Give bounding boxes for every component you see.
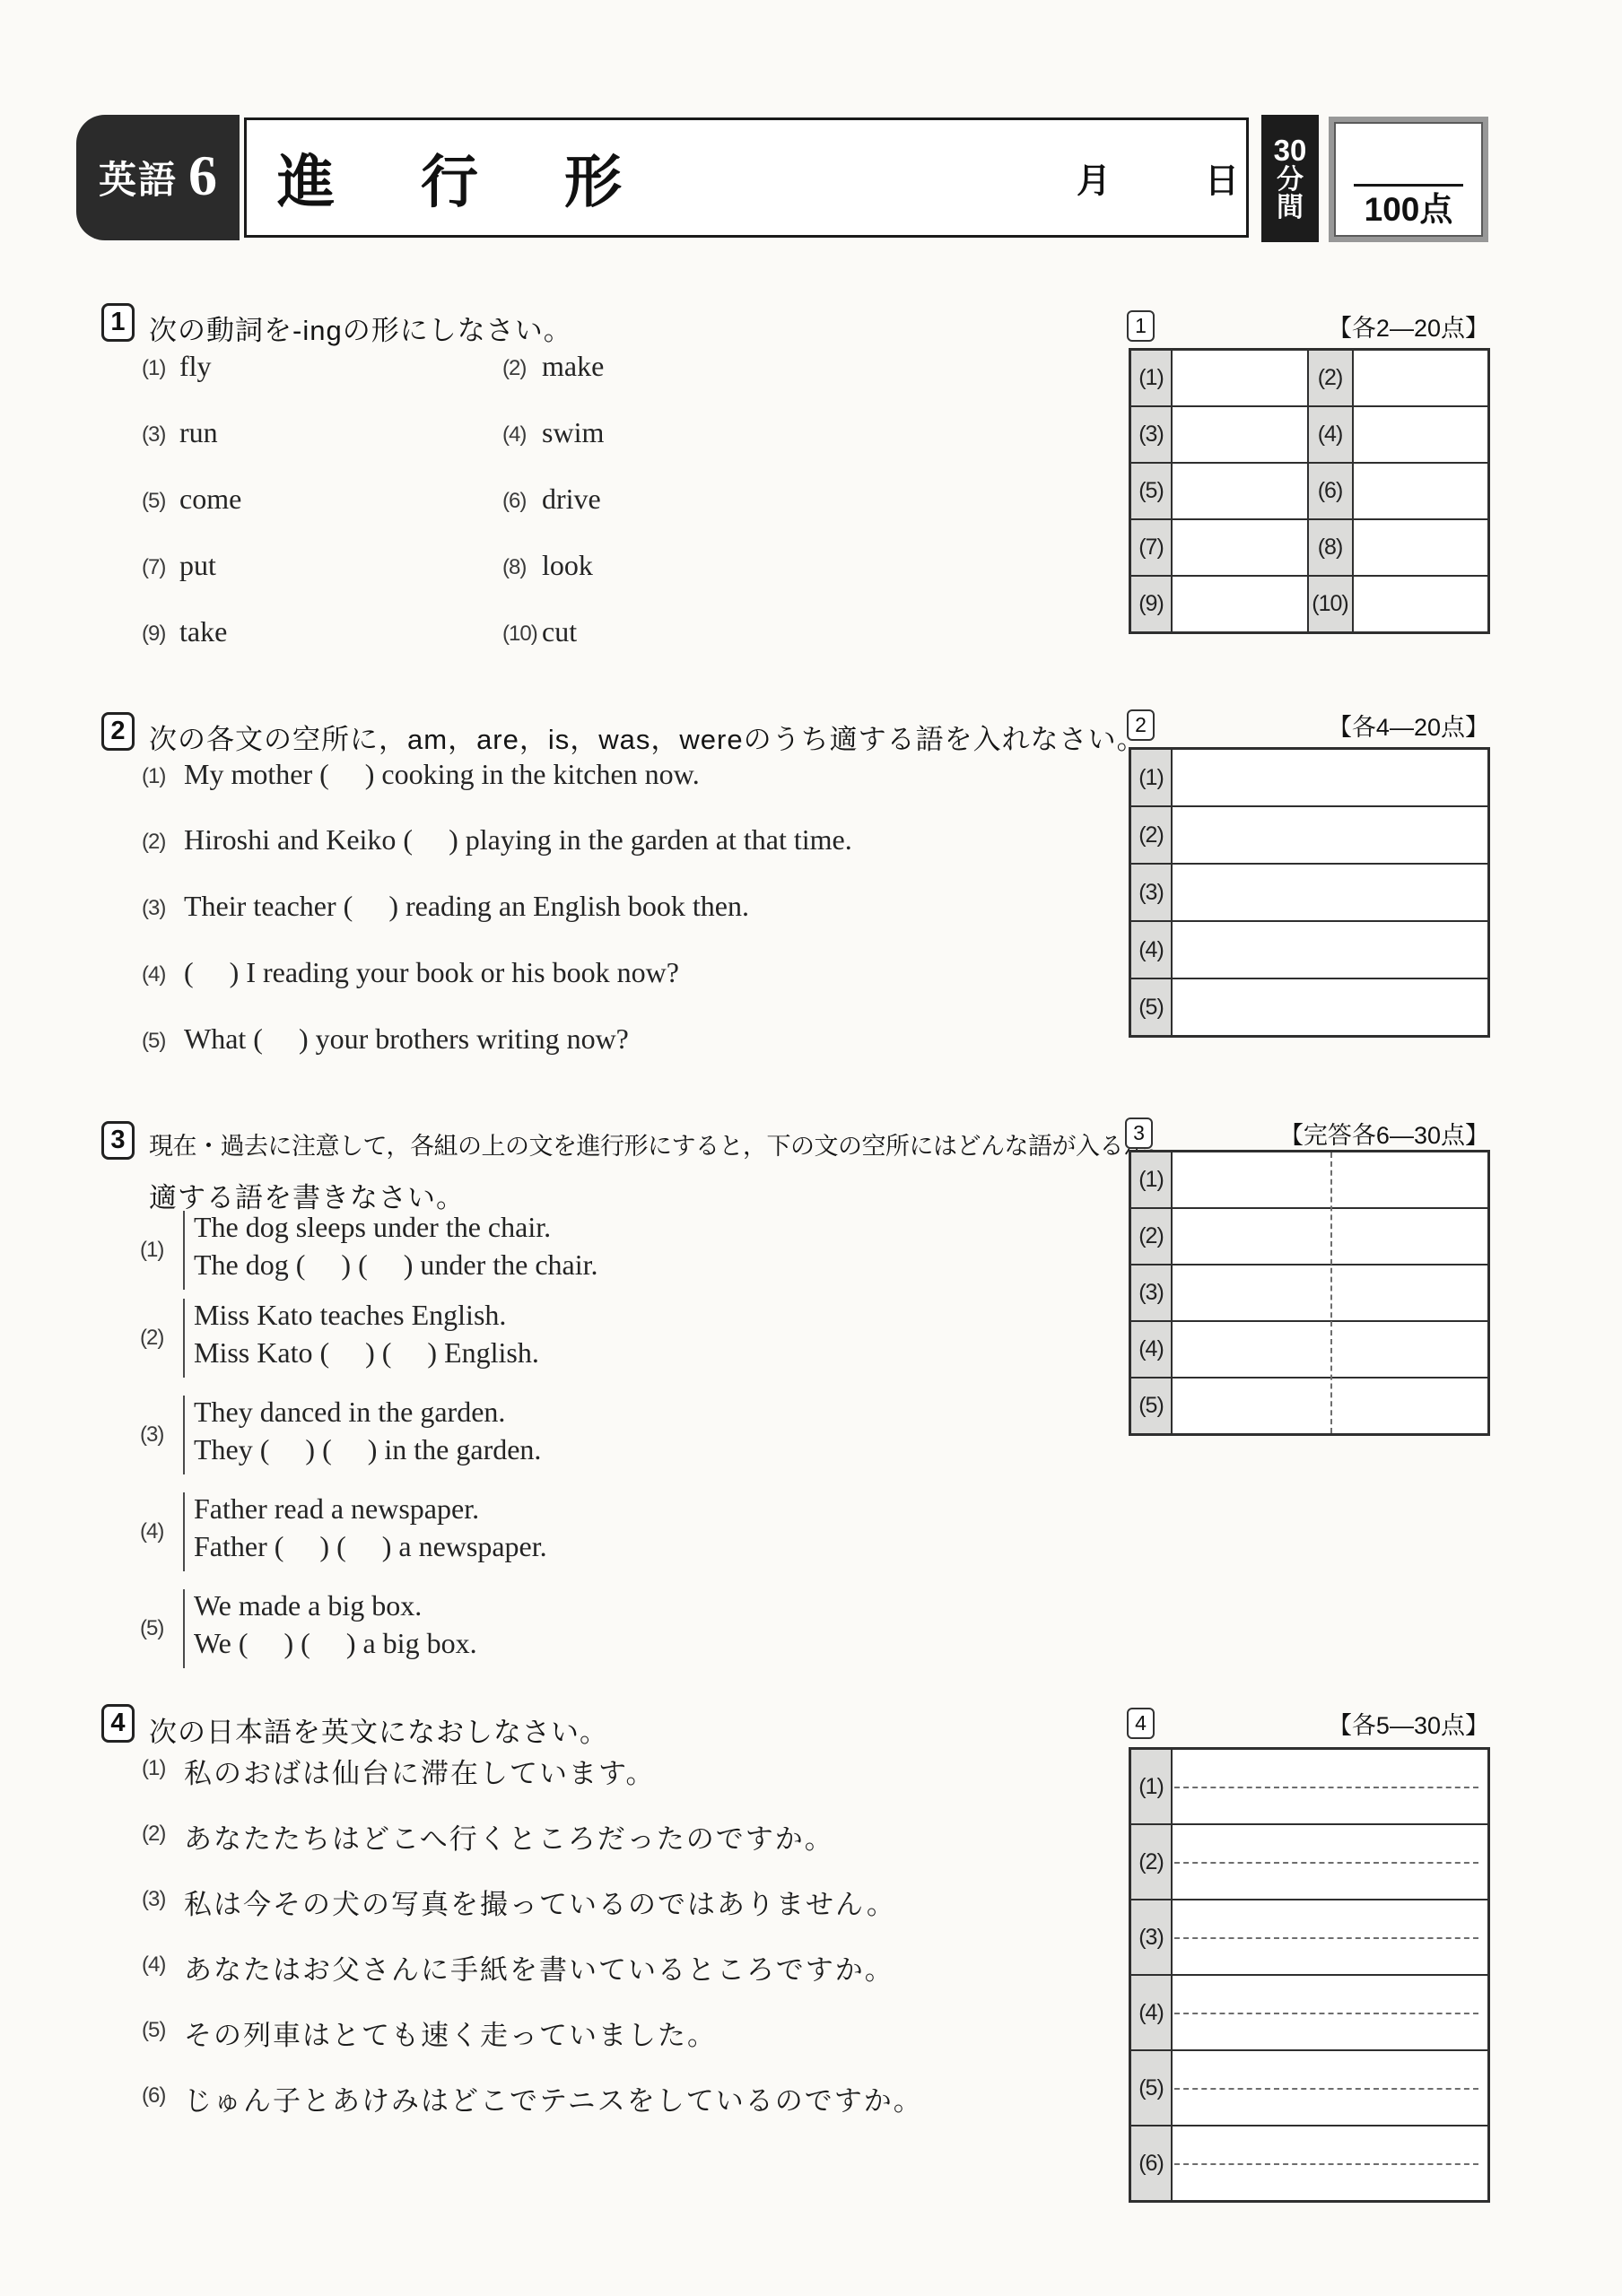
grid-4-marker: 4 — [1127, 1708, 1155, 1739]
answer-label-cell: (8) — [1307, 520, 1354, 575]
answer-cell[interactable] — [1173, 922, 1487, 978]
month-label: 月 — [1077, 153, 1111, 203]
item-text: あなたたちはどこへ行くところだったのですか。 — [184, 1816, 834, 1857]
grid-1-row: (1) (2) — [1131, 351, 1487, 405]
day-label: 日 — [1205, 153, 1239, 203]
item-text: take — [179, 615, 227, 648]
item-text: 私のおばは仙台に滞在しています。 — [184, 1751, 656, 1791]
item-label: (5) — [142, 489, 165, 514]
answer-label-cell: (2) — [1131, 1209, 1173, 1264]
item-text: あなたはお父さんに手紙を書いているところですか。 — [184, 1947, 894, 1987]
answer-cell[interactable] — [1173, 807, 1487, 863]
section-1-number-box: 1 — [101, 303, 135, 342]
answer-label-cell: (1) — [1131, 351, 1173, 405]
answer-cell[interactable] — [1173, 979, 1487, 1035]
time-limit-char-2: 間 — [1277, 194, 1304, 222]
grid-4-marker-number: 4 — [1135, 1711, 1147, 1735]
grid-1-marker-number: 1 — [1135, 314, 1147, 338]
item-label: (10) — [502, 622, 537, 647]
answer-label-cell: (2) — [1307, 351, 1354, 405]
item-label: (4) — [142, 962, 165, 987]
section-2-score-note: 【各4―20点】 — [1328, 708, 1489, 743]
answer-label-cell: (5) — [1131, 1378, 1173, 1433]
answer-label-cell: (3) — [1131, 407, 1173, 462]
item-text: 私は今その犬の写真を撮っているのではありません。 — [184, 1882, 896, 1922]
grid-2-row: (5) — [1131, 978, 1487, 1035]
answer-grid-4: (1) (2) (3) (4) (5) (6) — [1129, 1747, 1490, 2203]
answer-writing-guide — [1174, 2163, 1478, 2165]
answer-cell[interactable] — [1173, 1378, 1487, 1433]
item-label: (3) — [142, 1887, 165, 1912]
time-limit-box: 30 分 間 — [1261, 115, 1319, 242]
grid-4-row: (6) — [1131, 2125, 1487, 2200]
section-4-instruction: 次の日本語を英文になおしなさい。 — [149, 1709, 608, 1750]
grid-4-row: (4) — [1131, 1974, 1487, 2049]
subject-label: 英語 — [99, 151, 178, 204]
item-text: come — [179, 483, 241, 516]
grid-3-row: (1) — [1131, 1152, 1487, 1207]
answer-cell[interactable] — [1354, 407, 1488, 462]
answer-cell[interactable] — [1173, 407, 1307, 462]
section-1-instruction: 次の動詞を-ingの形にしなさい。 — [149, 308, 572, 348]
item-text: Their teacher ( ) reading an English boo… — [184, 890, 749, 923]
answer-writing-guide — [1174, 1862, 1478, 1864]
worksheet-page: 英語 6 進 行 形 月 日 30 分 間 100点 1 次の動詞を-ingの形… — [0, 0, 1622, 2296]
item-label: (2) — [142, 1822, 165, 1847]
pair-sentence-top: Father read a newspaper. — [194, 1492, 479, 1526]
answer-label-cell: (1) — [1131, 1750, 1173, 1823]
pair-bracket — [183, 1492, 185, 1571]
item-label: (8) — [502, 555, 526, 580]
title-box: 進 行 形 月 日 — [244, 117, 1249, 238]
answer-grid-1: (1) (2) (3) (4) (5) (6) (7) (8) (9) (10) — [1129, 348, 1490, 634]
item-label: (4) — [142, 1952, 165, 1978]
answer-label-cell: (4) — [1131, 922, 1173, 978]
header-subject-tab: 英語 6 — [76, 115, 240, 240]
item-label: (4) — [502, 422, 526, 448]
grid-4-row: (2) — [1131, 1823, 1487, 1899]
answer-cell[interactable] — [1354, 520, 1488, 575]
answer-cell[interactable] — [1173, 1825, 1487, 1899]
grid-4-row: (3) — [1131, 1899, 1487, 1974]
answer-label-cell: (1) — [1131, 750, 1173, 805]
answer-cell[interactable] — [1173, 2126, 1487, 2200]
section-1-number: 1 — [110, 308, 125, 337]
grid-1-row: (9) (10) — [1131, 575, 1487, 631]
answer-label-cell: (1) — [1131, 1152, 1173, 1207]
answer-label-cell: (5) — [1131, 464, 1173, 518]
answer-cell[interactable] — [1354, 577, 1488, 631]
unit-number: 6 — [188, 143, 217, 213]
section-3-score-note: 【完答各6―30点】 — [1279, 1116, 1489, 1151]
answer-label-cell: (6) — [1131, 2126, 1173, 2200]
grid-2-row: (2) — [1131, 805, 1487, 863]
answer-label-cell: (4) — [1131, 1322, 1173, 1377]
item-text: cut — [542, 615, 577, 648]
item-text: My mother ( ) cooking in the kitchen now… — [184, 758, 700, 791]
item-label: (1) — [142, 764, 165, 789]
item-label: (6) — [502, 489, 526, 514]
item-label: (9) — [142, 622, 165, 647]
section-2-number-box: 2 — [101, 712, 135, 751]
answer-cell[interactable] — [1173, 577, 1307, 631]
grid-3-marker: 3 — [1125, 1118, 1153, 1149]
answer-label-cell: (3) — [1131, 1900, 1173, 1974]
section-1-score-note: 【各2―20点】 — [1328, 309, 1489, 344]
item-label: (1) — [140, 1238, 163, 1263]
answer-label-cell: (10) — [1307, 577, 1354, 631]
grid-2-row: (1) — [1131, 750, 1487, 805]
grid-2-marker: 2 — [1127, 709, 1155, 741]
answer-cell[interactable] — [1173, 1209, 1487, 1264]
item-text: look — [542, 549, 593, 582]
pair-bracket — [183, 1396, 185, 1474]
grid-2-marker-number: 2 — [1135, 713, 1147, 737]
answer-label-cell: (4) — [1131, 1976, 1173, 2049]
time-limit-minutes: 30 — [1274, 135, 1307, 166]
item-text: run — [179, 416, 218, 449]
answer-cell[interactable] — [1173, 1322, 1487, 1377]
section-3-instruction-line1: 現在・過去に注意して，各組の上の文を進行形にすると，下の文の空所にはどんな語が入… — [149, 1126, 1171, 1161]
pair-sentence-bottom: Father ( ) ( ) a newspaper. — [194, 1530, 547, 1563]
grid-2-row: (4) — [1131, 920, 1487, 978]
section-4-number: 4 — [110, 1709, 125, 1738]
grid-1-row: (3) (4) — [1131, 405, 1487, 462]
item-label: (2) — [140, 1326, 163, 1351]
grid-2-row: (3) — [1131, 863, 1487, 920]
item-label: (2) — [142, 830, 165, 855]
worksheet-title: 進 行 形 — [277, 136, 658, 219]
item-label: (5) — [140, 1616, 163, 1641]
pair-bracket — [183, 1299, 185, 1378]
pair-sentence-bottom: We ( ) ( ) a big box. — [194, 1627, 477, 1660]
answer-cell[interactable] — [1173, 351, 1307, 405]
item-text: What ( ) your brothers writing now? — [184, 1022, 629, 1056]
answer-cell[interactable] — [1173, 1750, 1487, 1823]
pair-sentence-top: We made a big box. — [194, 1589, 422, 1622]
item-text: make — [542, 350, 604, 383]
answer-label-cell: (3) — [1131, 865, 1173, 920]
answer-label-cell: (9) — [1131, 577, 1173, 631]
grid-3-marker-number: 3 — [1133, 1121, 1145, 1145]
answer-writing-guide — [1174, 1787, 1478, 1788]
section-3-number-box: 3 — [101, 1121, 135, 1160]
item-label: (1) — [142, 356, 165, 381]
answer-cell[interactable] — [1173, 2051, 1487, 2125]
item-label: (5) — [142, 1029, 165, 1054]
answer-cell[interactable] — [1173, 1976, 1487, 2049]
item-text: じゅん子とあけみはどこでテニスをしているのですか。 — [184, 2078, 923, 2118]
item-label: (4) — [140, 1519, 163, 1544]
item-label: (3) — [140, 1422, 163, 1448]
answer-label-cell: (3) — [1131, 1265, 1173, 1320]
item-text: fly — [179, 350, 212, 383]
grid-1-marker: 1 — [1127, 310, 1155, 342]
answer-grid-3: (1) (2) (3) (4) (5) — [1129, 1150, 1490, 1436]
item-label: (1) — [142, 1756, 165, 1781]
total-score-label: 100点 — [1334, 182, 1483, 230]
answer-writing-guide — [1174, 2013, 1478, 2014]
section-4-score-note: 【各5―30点】 — [1328, 1706, 1489, 1741]
grid-3-row: (4) — [1131, 1320, 1487, 1377]
answer-cell[interactable] — [1173, 520, 1307, 575]
item-label: (7) — [142, 555, 165, 580]
pair-sentence-top: The dog sleeps under the chair. — [194, 1211, 551, 1244]
answer-label-cell: (2) — [1131, 807, 1173, 863]
item-text: swim — [542, 416, 604, 449]
answer-cell[interactable] — [1354, 464, 1488, 518]
pair-sentence-bottom: Miss Kato ( ) ( ) English. — [194, 1336, 539, 1370]
item-text: その列車はとても速く走っていました。 — [184, 2013, 717, 2053]
pair-bracket — [183, 1211, 185, 1290]
grid-1-row: (7) (8) — [1131, 518, 1487, 575]
answer-label-cell: (5) — [1131, 2051, 1173, 2125]
answer-cell[interactable] — [1173, 750, 1487, 805]
answer-writing-guide — [1174, 2088, 1478, 2090]
answer-writing-guide — [1174, 1937, 1478, 1939]
grid-3-row: (3) — [1131, 1264, 1487, 1320]
item-label: (2) — [502, 356, 526, 381]
pair-sentence-top: Miss Kato teaches English. — [194, 1299, 506, 1332]
answer-grid-2: (1) (2) (3) (4) (5) — [1129, 747, 1490, 1038]
grid-3-row: (5) — [1131, 1377, 1487, 1433]
item-label: (3) — [142, 896, 165, 921]
time-limit-char-1: 分 — [1277, 166, 1304, 194]
pair-sentence-top: They danced in the garden. — [194, 1396, 505, 1429]
grid-4-row: (1) — [1131, 1750, 1487, 1823]
section-2-instruction: 次の各文の空所に，am，are，is，was，wereのうち適する語を入れなさい… — [149, 717, 1146, 757]
grid-1-row: (5) (6) — [1131, 462, 1487, 518]
answer-label-cell: (6) — [1307, 464, 1354, 518]
answer-cell[interactable] — [1173, 464, 1307, 518]
answer-cell[interactable] — [1173, 865, 1487, 920]
answer-cell[interactable] — [1173, 1152, 1487, 1207]
pair-sentence-bottom: They ( ) ( ) in the garden. — [194, 1433, 541, 1466]
total-score-box: 100点 — [1329, 117, 1488, 242]
section-3-number: 3 — [110, 1126, 125, 1155]
pair-bracket — [183, 1589, 185, 1668]
item-text: Hiroshi and Keiko ( ) playing in the gar… — [184, 823, 852, 857]
answer-cell[interactable] — [1173, 1900, 1487, 1974]
answer-cell[interactable] — [1173, 1265, 1487, 1320]
item-label: (6) — [142, 2083, 165, 2109]
item-label: (5) — [142, 2018, 165, 2043]
section-3-instruction-line2: 適する語を書きなさい。 — [149, 1175, 465, 1215]
answer-label-cell: (7) — [1131, 520, 1173, 575]
answer-label-cell: (5) — [1131, 979, 1173, 1035]
grid-4-row: (5) — [1131, 2049, 1487, 2125]
item-text: drive — [542, 483, 601, 516]
grid-3-row: (2) — [1131, 1207, 1487, 1264]
answer-cell[interactable] — [1354, 351, 1488, 405]
item-text: put — [179, 549, 216, 582]
section-2-number: 2 — [110, 717, 125, 746]
section-4-number-box: 4 — [101, 1704, 135, 1743]
pair-sentence-bottom: The dog ( ) ( ) under the chair. — [194, 1248, 598, 1282]
item-label: (3) — [142, 422, 165, 448]
answer-label-cell: (2) — [1131, 1825, 1173, 1899]
item-text: ( ) I reading your book or his book now? — [184, 956, 679, 989]
answer-label-cell: (4) — [1307, 407, 1354, 462]
